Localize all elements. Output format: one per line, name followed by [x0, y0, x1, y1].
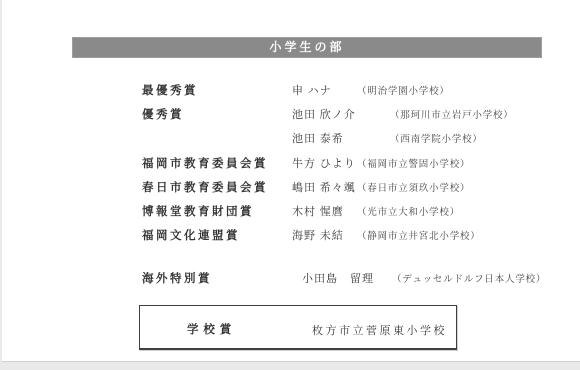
school-award-winner: 枚方市立菅原東小学校	[312, 322, 447, 338]
winner-school: （春日市立須玖小学校）	[357, 182, 470, 196]
award-row: 優秀賞 池田 欣ノ介 （那珂川市立岩戸小学校）	[2, 108, 580, 122]
award-row: 最優秀賞 申 ハナ （明治学園小学校）	[2, 84, 580, 98]
school-award-box: 学 校 賞 枚方市立菅原東小学校	[139, 305, 457, 350]
award-row: 博報堂教育財団賞 木村 惺麿 （光市立大和小学校）	[2, 205, 580, 219]
award-label: 博報堂教育財団賞	[142, 205, 254, 219]
winner-school: （西南学院小学校）	[390, 133, 483, 147]
winner-name: 小田島 留理	[302, 272, 374, 286]
winner-name: 海野 未結	[292, 229, 344, 243]
award-label: 優秀賞	[142, 108, 184, 122]
award-label: 福岡市教育委員会賞	[142, 157, 268, 171]
award-row: 春日市教育委員会賞 嶋田 希々颯 （春日市立須玖小学校）	[2, 181, 580, 195]
award-row: 池田 泰希 （西南学院小学校）	[2, 132, 580, 146]
winner-school: （デュッセルドルフ日本人学校）	[392, 273, 546, 287]
award-label: 海外特別賞	[142, 272, 212, 286]
award-label: 福岡文化連盟賞	[142, 229, 240, 243]
winner-name: 木村 惺麿	[292, 205, 344, 219]
winner-name: 池田 欣ノ介	[292, 108, 356, 122]
winner-name: 嶋田 希々颯	[292, 181, 356, 195]
section-header-bar: 小学生の部	[72, 37, 542, 58]
award-row: 福岡文化連盟賞 海野 未結 （静岡市立井宮北小学校）	[2, 229, 580, 243]
award-label: 最優秀賞	[142, 84, 198, 98]
winner-school: （明治学園小学校）	[357, 85, 450, 99]
award-label: 春日市教育委員会賞	[142, 181, 268, 195]
winner-name: 池田 泰希	[292, 132, 344, 146]
winner-school: （那珂川市立岩戸小学校）	[390, 109, 514, 123]
award-row: 福岡市教育委員会賞 牛方 ひより （福岡市立警固小学校）	[2, 157, 580, 171]
winner-name: 牛方 ひより	[292, 157, 356, 171]
winner-school: （光市立大和小学校）	[357, 206, 460, 220]
school-award-label: 学 校 賞	[187, 321, 232, 337]
section-title: 小学生の部	[269, 40, 344, 54]
winner-school: （静岡市立井宮北小学校）	[357, 230, 481, 244]
winner-name: 申 ハナ	[292, 84, 332, 98]
award-row: 海外特別賞 小田島 留理 （デュッセルドルフ日本人学校）	[2, 272, 580, 286]
document-page: 小学生の部 最優秀賞 申 ハナ （明治学園小学校） 優秀賞 池田 欣ノ介 （那珂…	[2, 0, 580, 362]
winner-school: （福岡市立警固小学校）	[357, 158, 470, 172]
